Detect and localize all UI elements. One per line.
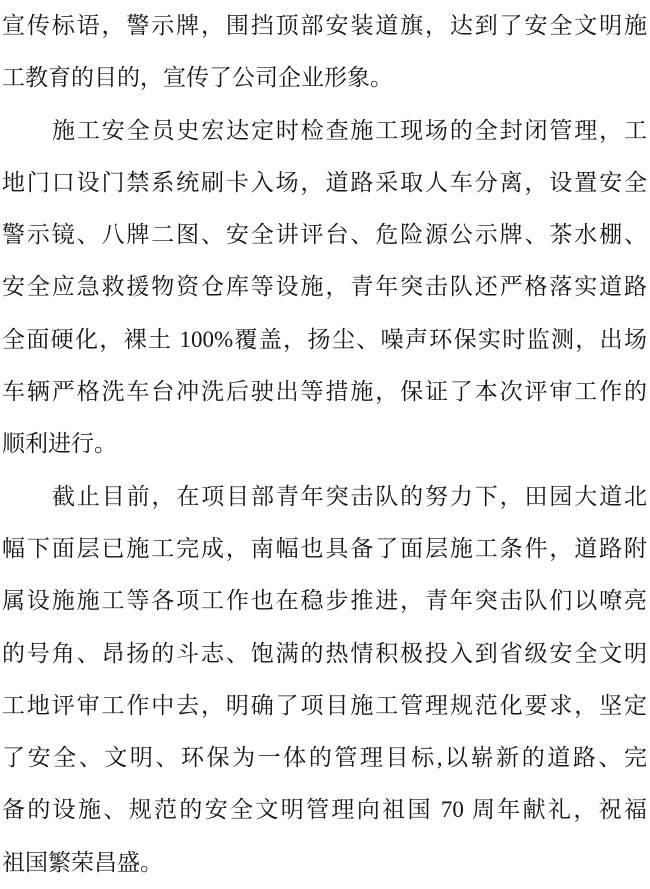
- text-line: 幅下面层已施工完成，南幅也具备了面层施工条件，道路附: [2, 523, 647, 575]
- text-line: 地门口设门禁系统刷卡入场，道路采取人车分离，设置安全: [2, 157, 647, 209]
- text-line: 宣传标语，警示牌，围挡顶部安装道旗，达到了安全文明施: [2, 0, 647, 52]
- text-line: 安全应急救援物资仓库等设施，青年突击队还严格落实道路: [2, 261, 647, 313]
- text-line: 祖国繁荣昌盛。: [2, 837, 647, 889]
- text-line: 警示镜、八牌二图、安全讲评台、危险源公示牌、茶水棚、: [2, 209, 647, 261]
- paragraph: 截止目前，在项目部青年突击队的努力下，田园大道北幅下面层已施工完成，南幅也具备了…: [2, 471, 647, 889]
- paragraph: 施工安全员史宏达定时检查施工现场的全封闭管理，工地门口设门禁系统刷卡入场，道路采…: [2, 105, 647, 471]
- text-line: 顺利进行。: [2, 418, 647, 470]
- text-line: 施工安全员史宏达定时检查施工现场的全封闭管理，工: [2, 105, 647, 157]
- text-line: 工教育的目的，宣传了公司企业形象。: [2, 52, 647, 104]
- document-page: 宣传标语，警示牌，围挡顶部安装道旗，达到了安全文明施工教育的目的，宣传了公司企业…: [0, 0, 650, 889]
- text-line: 的号角、昂扬的斗志、饱满的热情积极投入到省级安全文明: [2, 628, 647, 680]
- paragraph: 宣传标语，警示牌，围挡顶部安装道旗，达到了安全文明施工教育的目的，宣传了公司企业…: [2, 0, 647, 105]
- document-body: 宣传标语，警示牌，围挡顶部安装道旗，达到了安全文明施工教育的目的，宣传了公司企业…: [0, 0, 650, 889]
- text-line: 车辆严格洗车台冲洗后驶出等措施，保证了本次评审工作的: [2, 366, 647, 418]
- text-line: 了安全、文明、环保为一体的管理目标,以崭新的道路、完: [2, 732, 647, 784]
- text-line: 备的设施、规范的安全文明管理向祖国 70 周年献礼，祝福: [2, 784, 647, 836]
- text-line: 全面硬化，裸土 100%覆盖，扬尘、噪声环保实时监测，出场: [2, 314, 647, 366]
- text-line: 属设施施工等各项工作也在稳步推进，青年突击队们以嘹亮: [2, 575, 647, 627]
- text-line: 截止目前，在项目部青年突击队的努力下，田园大道北: [2, 471, 647, 523]
- text-line: 工地评审工作中去，明确了项目施工管理规范化要求，坚定: [2, 680, 647, 732]
